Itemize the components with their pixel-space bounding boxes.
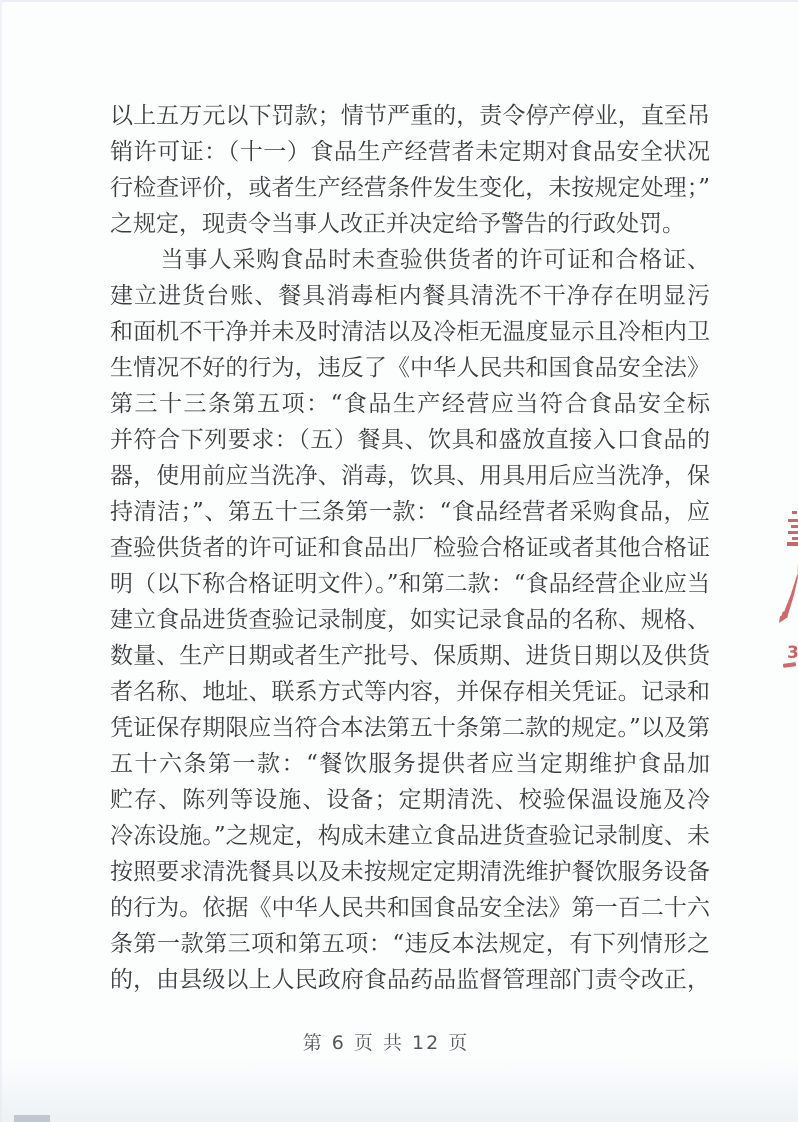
text-line: 并符合下列要求：（五）餐具、饮具和盛放直接入口食品的容 <box>110 422 710 458</box>
text-line: 当事人采购食品时未查验供货者的许可证和合格证、未 <box>110 242 710 278</box>
text-line: 按照要求清洗餐具以及未按规定定期清洗维护餐饮服务设备 <box>110 854 710 890</box>
document-body: 以上五万元以下罚款；情节严重的，责令停产停业，直至吊销许可证：（十一）食品生产经… <box>110 98 710 998</box>
scan-edge-top <box>0 0 798 2</box>
paragraph-violation-findings: 当事人采购食品时未查验供货者的许可证和合格证、未建立进货台账、餐具消毒柜内餐具清… <box>110 242 710 998</box>
scan-edge-left <box>0 0 2 1122</box>
red-seal-fragment-strokes-icon <box>786 511 798 551</box>
text-line: 条第一款第三项和第五项：“违反本法规定，有下列情形之一 <box>110 926 710 962</box>
text-line: 数量、生产日期或者生产批号、保质期、进货日期以及供货 <box>110 638 710 674</box>
text-line: 行检查评价，或者生产经营条件发生变化，未按规定处理；” <box>110 170 710 206</box>
text-line: 查验供货者的许可证和食品出厂检验合格证或者其他合格证 <box>110 530 710 566</box>
scan-artifact-corner-mark <box>14 1115 50 1122</box>
paragraph-penalty-decision: 以上五万元以下罚款；情节严重的，责令停产停业，直至吊销许可证：（十一）食品生产经… <box>110 98 710 242</box>
red-seal-underline-tick-icon <box>783 662 796 668</box>
text-line: 者名称、地址、联系方式等内容，并保存相关凭证。记录和 <box>110 674 710 710</box>
page-number-footer: 第 6 页 共 12 页 <box>0 1028 772 1055</box>
document-page: 以上五万元以下罚款；情节严重的，责令停产停业，直至吊销许可证：（十一）食品生产经… <box>0 0 798 1122</box>
scan-shading-band <box>0 1058 798 1122</box>
text-line: 的行为。依据《中华人民共和国食品安全法》第一百二十六 <box>110 890 710 926</box>
text-line: 五十六条第一款：“餐饮服务提供者应当定期维护食品加工、 <box>110 746 710 782</box>
text-line: 生情况不好的行为，违反了《中华人民共和国食品安全法》 <box>110 350 710 386</box>
text-line: 的，由县级以上人民政府食品药品监督管理部门责令改正， <box>110 962 710 998</box>
text-line: 和面机不干净并未及时清洁以及冷柜无温度显示且冷柜内卫 <box>110 314 710 350</box>
text-line: 之规定，现责令当事人改正并决定给予警告的行政处罚。 <box>110 206 710 242</box>
text-line: 凭证保存期限应当符合本法第五十条第二款的规定。”以及第 <box>110 710 710 746</box>
red-seal-page-number: 3 <box>787 643 798 663</box>
text-line: 冷冻设施。”之规定，构成未建立食品进货查验记录制度、未 <box>110 818 710 854</box>
text-line: 建立进货台账、餐具消毒柜内餐具清洗不干净存在明显污渍、 <box>110 278 710 314</box>
text-line: 器，使用前应当洗净、消毒，饮具、用具用后应当洗净，保 <box>110 458 710 494</box>
text-line: 明（以下称合格证明文件）。”和第二款：“食品经营企业应当 <box>110 566 710 602</box>
text-line: 贮存、陈列等设施、设备；定期清洗、校验保温设施及冷藏、 <box>110 782 710 818</box>
text-line: 以上五万元以下罚款；情节严重的，责令停产停业，直至吊 <box>110 98 710 134</box>
red-seal-fragment-swoosh-icon <box>779 563 798 625</box>
text-line: 持清洁；”、第五十三条第一款：“食品经营者采购食品，应当 <box>110 494 710 530</box>
text-line: 第三十三条第五项：“食品生产经营应当符合食品安全标准， <box>110 386 710 422</box>
text-line: 销许可证：（十一）食品生产经营者未定期对食品安全状况进 <box>110 134 710 170</box>
text-line: 建立食品进货查验记录制度，如实记录食品的名称、规格、 <box>110 602 710 638</box>
